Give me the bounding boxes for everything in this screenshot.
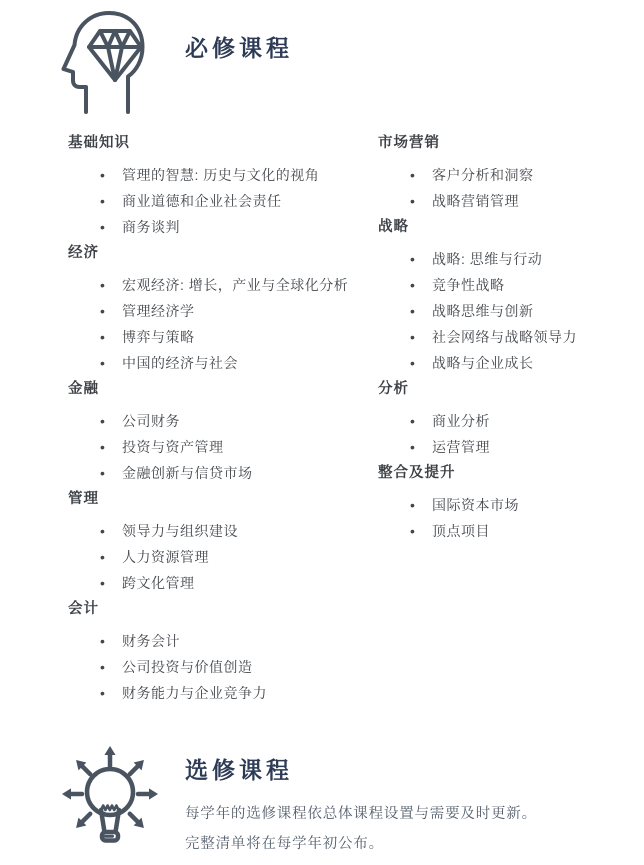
course-group-analytics: 分析 •商业分析 •运营管理 [378,380,638,460]
bullet-icon: • [100,544,122,570]
bullet-icon: • [100,214,122,240]
course-list: •战略: 思维与行动 •竞争性战略 •战略思维与创新 •社会网络与战略领导力 •… [378,246,638,376]
list-item: •公司财务 [100,408,370,434]
course-list: •客户分析和洞察 •战略营销管理 [378,162,638,214]
course-name: 中国的经济与社会 [122,350,370,376]
course-group-integration: 整合及提升 •国际资本市场 •顶点项目 [378,464,638,544]
elective-description: 每学年的选修课程依总体课程设置与需要及时更新。 完整清单将在每学年初公布。 [185,799,537,859]
required-courses-title: 必修课程 [185,30,293,63]
bullet-icon: • [100,350,122,376]
list-item: •管理经济学 [100,298,370,324]
list-item: •财务会计 [100,628,370,654]
bullet-icon: • [100,162,122,188]
course-list: •领导力与组织建设 •人力资源管理 •跨文化管理 [68,518,370,596]
bullet-icon: • [410,518,432,544]
list-item: •人力资源管理 [100,544,370,570]
course-name: 社会网络与战略领导力 [432,324,638,350]
bullet-icon: • [100,434,122,460]
course-list: •宏观经济: 增长，产业与全球化分析 •管理经济学 •博弈与策略 •中国的经济与… [68,272,370,376]
list-item: •商业道德和企业社会责任 [100,188,370,214]
bullet-icon: • [410,298,432,324]
list-item: •公司投资与价值创造 [100,654,370,680]
list-item: •顶点项目 [410,518,638,544]
bullet-icon: • [410,272,432,298]
bullet-icon: • [410,188,432,214]
bullet-icon: • [410,324,432,350]
course-group-management: 管理 •领导力与组织建设 •人力资源管理 •跨文化管理 [68,490,370,596]
course-list: •商业分析 •运营管理 [378,408,638,460]
course-category-title: 经济 [68,244,370,262]
list-item: •商务谈判 [100,214,370,240]
list-item: •投资与资产管理 [100,434,370,460]
course-name: 投资与资产管理 [122,434,370,460]
list-item: •跨文化管理 [100,570,370,596]
course-category-title: 战略 [378,218,638,236]
elective-description-line: 每学年的选修课程依总体课程设置与需要及时更新。 [185,799,537,829]
bullet-icon: • [410,246,432,272]
list-item: •国际资本市场 [410,492,638,518]
left-column: 基础知识 •管理的智慧: 历史与文化的视角 •商业道德和企业社会责任 •商务谈判… [68,134,370,710]
course-name: 管理经济学 [122,298,370,324]
list-item: •竞争性战略 [410,272,638,298]
course-name: 运营管理 [432,434,638,460]
bullet-icon: • [100,518,122,544]
list-item: •财务能力与企业竞争力 [100,680,370,706]
list-item: •战略思维与创新 [410,298,638,324]
course-group-foundation: 基础知识 •管理的智慧: 历史与文化的视角 •商业道德和企业社会责任 •商务谈判 [68,134,370,240]
head-diamond-icon [55,6,159,114]
elective-description-line: 完整清单将在每学年初公布。 [185,829,537,859]
list-item: •社会网络与战略领导力 [410,324,638,350]
course-name: 国际资本市场 [432,492,638,518]
bullet-icon: • [410,408,432,434]
bullet-icon: • [410,492,432,518]
right-column: 市场营销 •客户分析和洞察 •战略营销管理 战略 •战略: 思维与行动 •竞争性… [378,134,638,548]
list-item: •金融创新与信贷市场 [100,460,370,486]
course-name: 人力资源管理 [122,544,370,570]
bullet-icon: • [410,350,432,376]
course-name: 竞争性战略 [432,272,638,298]
list-item: •运营管理 [410,434,638,460]
course-group-accounting: 会计 •财务会计 •公司投资与价值创造 •财务能力与企业竞争力 [68,600,370,706]
course-name: 宏观经济: 增长，产业与全球化分析 [122,272,370,298]
course-name: 战略营销管理 [432,188,638,214]
bullet-icon: • [410,162,432,188]
course-category-title: 会计 [68,600,370,618]
list-item: •商业分析 [410,408,638,434]
bullet-icon: • [100,628,122,654]
course-name: 博弈与策略 [122,324,370,350]
course-name: 商业道德和企业社会责任 [122,188,370,214]
bullet-icon: • [100,408,122,434]
course-list: •公司财务 •投资与资产管理 •金融创新与信贷市场 [68,408,370,486]
elective-courses-title: 选修课程 [185,752,293,785]
bullet-icon: • [100,298,122,324]
course-name: 管理的智慧: 历史与文化的视角 [122,162,370,188]
course-category-title: 金融 [68,380,370,398]
list-item: •中国的经济与社会 [100,350,370,376]
bullet-icon: • [100,460,122,486]
course-name: 战略与企业成长 [432,350,638,376]
course-name: 战略思维与创新 [432,298,638,324]
course-category-title: 基础知识 [68,134,370,152]
list-item: •战略营销管理 [410,188,638,214]
bullet-icon: • [100,680,122,706]
course-name: 商务谈判 [122,214,370,240]
list-item: •战略与企业成长 [410,350,638,376]
course-name: 商业分析 [432,408,638,434]
course-category-title: 市场营销 [378,134,638,152]
course-group-finance: 金融 •公司财务 •投资与资产管理 •金融创新与信贷市场 [68,380,370,486]
lightbulb-arrows-icon [52,741,168,859]
course-category-title: 分析 [378,380,638,398]
course-list: •管理的智慧: 历史与文化的视角 •商业道德和企业社会责任 •商务谈判 [68,162,370,240]
list-item: •博弈与策略 [100,324,370,350]
course-name: 战略: 思维与行动 [432,246,638,272]
course-name: 顶点项目 [432,518,638,544]
bullet-icon: • [410,434,432,460]
course-catalog-page: 必修课程 基础知识 •管理的智慧: 历史与文化的视角 •商业道德和企业社会责任 … [0,0,644,865]
list-item: •领导力与组织建设 [100,518,370,544]
course-category-title: 整合及提升 [378,464,638,482]
bullet-icon: • [100,570,122,596]
course-group-economics: 经济 •宏观经济: 增长，产业与全球化分析 •管理经济学 •博弈与策略 •中国的… [68,244,370,376]
bullet-icon: • [100,324,122,350]
course-name: 跨文化管理 [122,570,370,596]
course-name: 领导力与组织建设 [122,518,370,544]
course-group-strategy: 战略 •战略: 思维与行动 •竞争性战略 •战略思维与创新 •社会网络与战略领导… [378,218,638,376]
list-item: •战略: 思维与行动 [410,246,638,272]
list-item: •宏观经济: 增长，产业与全球化分析 [100,272,370,298]
course-name: 财务会计 [122,628,370,654]
course-category-title: 管理 [68,490,370,508]
course-name: 公司投资与价值创造 [122,654,370,680]
course-group-marketing: 市场营销 •客户分析和洞察 •战略营销管理 [378,134,638,214]
bullet-icon: • [100,188,122,214]
course-name: 客户分析和洞察 [432,162,638,188]
course-name: 金融创新与信贷市场 [122,460,370,486]
course-list: •国际资本市场 •顶点项目 [378,492,638,544]
course-name: 公司财务 [122,408,370,434]
course-name: 财务能力与企业竞争力 [122,680,370,706]
bullet-icon: • [100,654,122,680]
course-list: •财务会计 •公司投资与价值创造 •财务能力与企业竞争力 [68,628,370,706]
list-item: •管理的智慧: 历史与文化的视角 [100,162,370,188]
list-item: •客户分析和洞察 [410,162,638,188]
bullet-icon: • [100,272,122,298]
